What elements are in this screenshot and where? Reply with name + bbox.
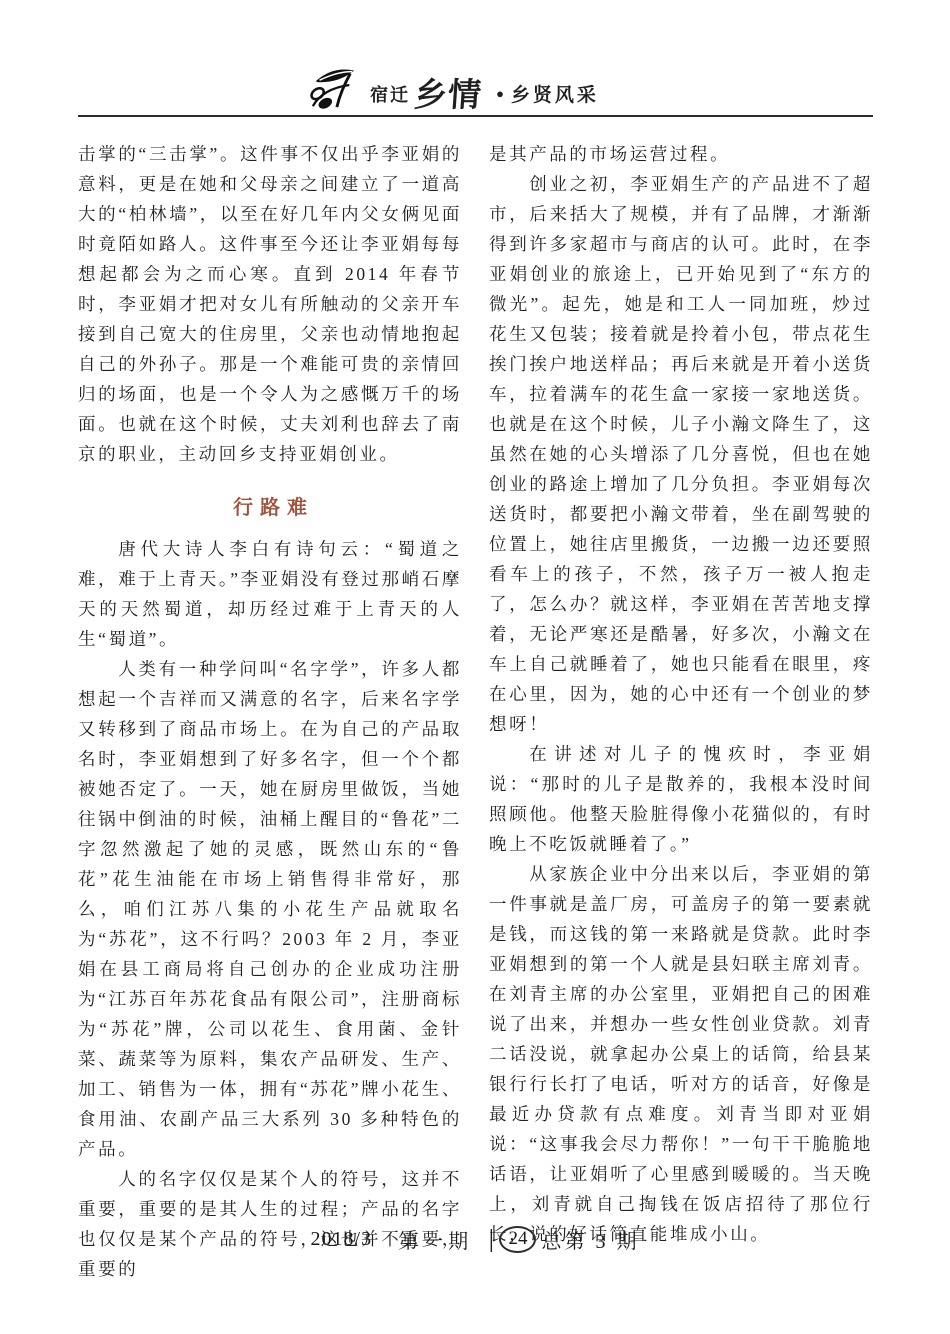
magazine-city: 宿迁	[370, 81, 410, 107]
article-paragraph: 在讲述对儿子的愧疚时，李亚娟说：“那时的儿子是散养的，我根本没时间照顾他。他整天…	[489, 739, 873, 859]
article-paragraph: 创业之初，李亚娟生产的产品进不了超市，后来括大了规模，并有了品牌，才渐渐得到许多…	[489, 169, 873, 739]
section-title: 乡贤风采	[511, 80, 599, 107]
article-paragraph: 从家族企业中分出来以后，李亚娟的第一件事就是盖厂房，可盖房子的第一要素就是钱，而…	[489, 859, 873, 1249]
footer-divider: |	[489, 1225, 493, 1254]
article-paragraph: 是其产品的市场运营过程。	[489, 139, 873, 169]
footer-cumulative: 总第 3 期	[541, 1225, 639, 1254]
article-paragraph: 人类有一种学问叫“名字学”，许多人都想起一个吉祥而又满意的名字，后来名字学又转移…	[78, 654, 462, 1164]
article-paragraph: 唐代大诗人李白有诗句云：“蜀道之难，难于上青天。”李亚娟没有登过那峭石摩天的天然…	[78, 534, 462, 654]
article-column-left: 击掌的“三击掌”。这件事不仅出乎李亚娟的意料，更是在她和父母亲之间建立了一道高大…	[78, 139, 462, 1284]
footer-page-number: 24	[499, 1226, 536, 1253]
footer-issue: 第一期	[398, 1225, 473, 1254]
article-column-right: 是其产品的市场运营过程。创业之初，李亚娟生产的产品进不了超市，后来括大了规模，并…	[489, 139, 873, 1284]
header-group: 宿迁 乡情 ● 乡贤风采	[308, 60, 599, 110]
page-footer: 2018/3 第一期 | 24 总第 3 期	[0, 1222, 950, 1256]
leaf-logo-icon	[308, 60, 358, 110]
page-header: 宿迁 乡情 ● 乡贤风采	[78, 0, 873, 117]
magazine-title: 乡情	[413, 78, 483, 111]
footer-volume: 2018/3	[311, 1228, 373, 1251]
section-heading: 行路难	[78, 493, 462, 523]
bullet-separator-icon: ●	[496, 86, 504, 102]
article-paragraph: 击掌的“三击掌”。这件事不仅出乎李亚娟的意料，更是在她和父母亲之间建立了一道高大…	[78, 139, 462, 469]
article-body: 击掌的“三击掌”。这件事不仅出乎李亚娟的意料，更是在她和父母亲之间建立了一道高大…	[78, 139, 873, 1284]
magazine-page: 宿迁 乡情 ● 乡贤风采 击掌的“三击掌”。这件事不仅出乎李亚娟的意料，更是在她…	[0, 0, 950, 1334]
